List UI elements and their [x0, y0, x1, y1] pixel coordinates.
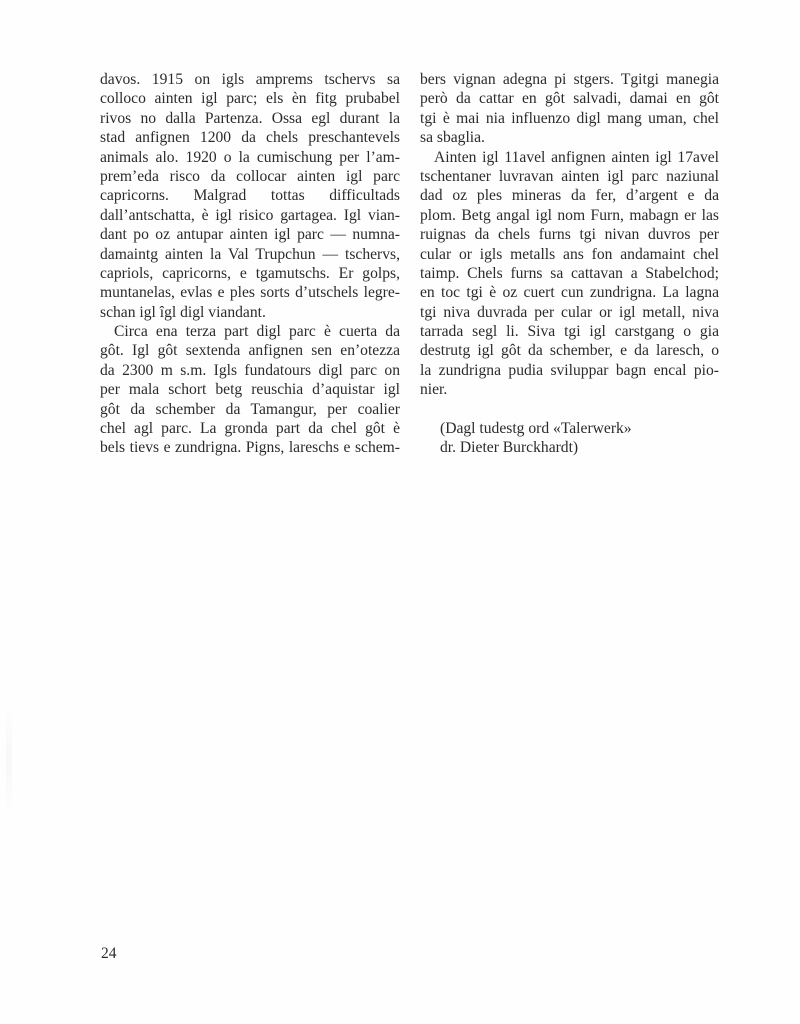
text-line: dall’antschatta, è igl risico gartagea. … — [100, 206, 400, 225]
text-line: cular or igls metalls ans fon andamaint … — [420, 245, 719, 264]
text-line: la zundrigna pudia sviluppar bagn encal … — [420, 361, 719, 380]
text-line: colloco ainten igl parc; els èn fitg pru… — [100, 89, 400, 108]
paragraph-2: Circa ena terza part digl parc è cuerta … — [100, 322, 400, 458]
document-page: davos. 1915 on igls amprems tschervs sa … — [0, 0, 800, 1024]
text-line: schan igl îgl digl viandant. — [100, 303, 400, 322]
text-line: Circa ena terza part digl parc è cuerta … — [100, 322, 400, 341]
text-line: per mala schort betg reuschia d’aquistar… — [100, 380, 400, 399]
text-line: però da cattar en gôt salvadi, damai en … — [420, 89, 719, 108]
spacer — [420, 400, 719, 419]
text-line: taimp. Chels furns sa cattavan a Stabelc… — [420, 264, 719, 283]
text-line: ruignas da chels furns tgi nivan duvros … — [420, 225, 719, 244]
text-line: plom. Betg angal igl nom Furn, mabagn er… — [420, 206, 719, 225]
text-line: tgi niva duvrada per cular or igl metall… — [420, 303, 719, 322]
text-line: destrutg igl gôt da schember, e da lares… — [420, 341, 719, 360]
text-line: capricorns. Malgrad tottas difficultads — [100, 186, 400, 205]
text-line: davos. 1915 on igls amprems tschervs sa — [100, 70, 400, 89]
text-line: en toc tgi è oz cuert cun zundrigna. La … — [420, 283, 719, 302]
source-line: (Dagl tudestg ord «Talerwerk» — [420, 419, 719, 438]
page-number: 24 — [101, 945, 117, 963]
paragraph-2-continued: bers vignan adegna pi stgers. Tgitgi man… — [420, 70, 719, 148]
text-line: prem’eda risco da collocar ainten igl pa… — [100, 167, 400, 186]
text-line: gôt. Igl gôt sextenda anfignen sen en’ot… — [100, 341, 400, 360]
source-author: dr. Dieter Burckhardt) — [420, 438, 719, 457]
text-column-left: davos. 1915 on igls amprems tschervs sa … — [100, 70, 400, 458]
text-line: bels tievs e zundrigna. Pigns, lareschs … — [100, 438, 400, 457]
paragraph-1: davos. 1915 on igls amprems tschervs sa … — [100, 70, 400, 322]
text-line: tgi è mai nia influenzo digl mang uman, … — [420, 109, 719, 128]
text-line: gôt da schember da Tamangur, per coalier — [100, 400, 400, 419]
text-line: damaintg ainten la Val Trupchun — tscher… — [100, 245, 400, 264]
text-line: rivos no dalla Partenza. Ossa egl durant… — [100, 109, 400, 128]
text-line: chel agl parc. La gronda part da chel gô… — [100, 419, 400, 438]
paragraph-3: Ainten igl 11avel anfignen ainten igl 17… — [420, 148, 719, 400]
text-line: muntanelas, evlas e ples sorts d’utschel… — [100, 283, 400, 302]
text-line: animals alo. 1920 o la cumischung per l’… — [100, 148, 400, 167]
text-line: Ainten igl 11avel anfignen ainten igl 17… — [420, 148, 719, 167]
text-column-right: bers vignan adegna pi stgers. Tgitgi man… — [420, 70, 719, 458]
text-line: capriols, capricorns, e tgamutschs. Er g… — [100, 264, 400, 283]
scan-edge-artifact — [6, 700, 12, 820]
text-line: dant po oz antupar ainten igl parc — num… — [100, 225, 400, 244]
text-line: stad anfignen 1200 da chels preschanteve… — [100, 128, 400, 147]
source-attribution: (Dagl tudestg ord «Talerwerk» dr. Dieter… — [420, 419, 719, 458]
text-line: dad oz ples mineras da fer, d’argent e d… — [420, 186, 719, 205]
text-line: nier. — [420, 380, 719, 399]
text-line: sa sbaglia. — [420, 128, 719, 147]
text-line: da 2300 m s.m. Igls fundatours digl parc… — [100, 361, 400, 380]
text-line: bers vignan adegna pi stgers. Tgitgi man… — [420, 70, 719, 89]
text-line: tschentaner luvravan ainten igl parc naz… — [420, 167, 719, 186]
text-line: tarrada segl li. Siva tgi igl carstgang … — [420, 322, 719, 341]
